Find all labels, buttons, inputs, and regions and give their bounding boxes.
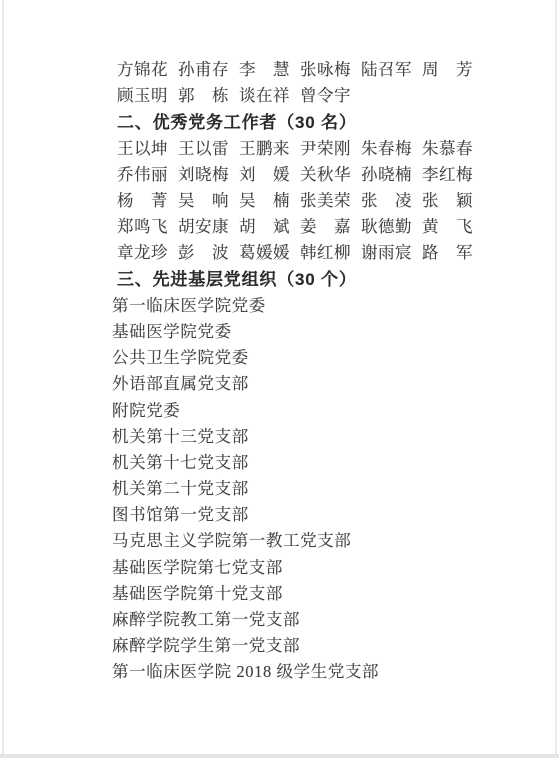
person-name: 路 军	[422, 239, 473, 263]
person-name: 王以雷	[178, 135, 229, 159]
person-name: 谢雨宸	[361, 239, 412, 263]
org-list-item: 机关第十七党支部	[112, 448, 517, 474]
org-list-item: 第一临床医学院党委	[112, 291, 517, 317]
name-row: 郑鸣飞 胡安康 胡 斌 姜 嘉 耿德勤 黄 飞	[117, 212, 517, 238]
document-page: 方锦花 孙甫存 李 慧 张咏梅 陆召军 周 芳 顾玉明 郭 栋 谈在祥 曾令宇 …	[0, 0, 559, 758]
org-list-item: 第一临床医学院 2018 级学生党支部	[112, 657, 517, 683]
person-name: 郑鸣飞	[117, 213, 168, 237]
person-name: 吴 楠	[239, 187, 290, 211]
person-name: 刘 媛	[239, 161, 290, 185]
org-list-item: 图书馆第一党支部	[112, 500, 517, 526]
person-name: 刘晓梅	[178, 161, 229, 185]
person-name: 张 凌	[361, 187, 412, 211]
person-name: 曾令宇	[300, 82, 351, 106]
person-name: 黄 飞	[422, 213, 473, 237]
org-list-item: 机关第十三党支部	[112, 422, 517, 448]
name-row: 章龙珍 彭 波 葛媛媛 韩红柳 谢雨宸 路 军	[117, 238, 517, 264]
name-row: 王以坤 王以雷 王鹏来 尹荣刚 朱春梅 朱慕春	[117, 134, 517, 160]
name-row: 杨 菁 吴 响 吴 楠 张美荣 张 凌 张 颖	[117, 186, 517, 212]
person-name: 谈在祥	[239, 82, 290, 106]
person-name: 郭 栋	[178, 82, 229, 106]
org-list-item: 机关第二十党支部	[112, 474, 517, 500]
name-row: 顾玉明 郭 栋 谈在祥 曾令宇	[117, 81, 517, 107]
person-name: 周 芳	[422, 56, 473, 80]
page-edge-left	[2, 0, 4, 758]
person-name: 耿德勤	[361, 213, 412, 237]
org-list-item: 基础医学院党委	[112, 317, 517, 343]
org-list-item: 马克思主义学院第一教工党支部	[112, 526, 517, 552]
org-list-item: 附院党委	[112, 395, 517, 421]
person-name: 吴 响	[178, 187, 229, 211]
org-list-item: 基础医学院第七党支部	[112, 553, 517, 579]
person-name: 胡安康	[178, 213, 229, 237]
person-name: 姜 嘉	[300, 213, 351, 237]
person-name: 葛媛媛	[239, 239, 290, 263]
document-content: 方锦花 孙甫存 李 慧 张咏梅 陆召军 周 芳 顾玉明 郭 栋 谈在祥 曾令宇 …	[117, 55, 517, 684]
person-name: 关秋华	[300, 161, 351, 185]
person-name: 朱慕春	[422, 135, 473, 159]
org-list-item: 基础医学院第十党支部	[112, 579, 517, 605]
person-name: 张美荣	[300, 187, 351, 211]
person-name: 胡 斌	[239, 213, 290, 237]
name-row: 乔伟丽 刘晓梅 刘 媛 关秋华 孙晓楠 李红梅	[117, 160, 517, 186]
person-name: 孙甫存	[178, 56, 229, 80]
section-heading-advanced-party-organizations: 三、先进基层党组织（30 个）	[117, 265, 517, 291]
person-name: 张 颖	[422, 187, 473, 211]
org-list-item: 外语部直属党支部	[112, 369, 517, 395]
person-name: 杨 菁	[117, 187, 168, 211]
org-list-item: 麻醉学院学生第一党支部	[112, 631, 517, 657]
person-name: 韩红柳	[300, 239, 351, 263]
person-name: 朱春梅	[361, 135, 412, 159]
person-name: 乔伟丽	[117, 161, 168, 185]
person-name: 孙晓楠	[361, 161, 412, 185]
org-list-item: 麻醉学院教工第一党支部	[112, 605, 517, 631]
page-edge-right	[555, 0, 557, 758]
person-name: 王以坤	[117, 135, 168, 159]
person-name: 王鹏来	[239, 135, 290, 159]
person-name: 彭 波	[178, 239, 229, 263]
person-name: 方锦花	[117, 56, 168, 80]
person-name: 尹荣刚	[300, 135, 351, 159]
page-bottom-gutter	[0, 754, 559, 758]
person-name: 李红梅	[422, 161, 473, 185]
person-name: 顾玉明	[117, 82, 168, 106]
person-name: 陆召军	[361, 56, 412, 80]
org-list-item: 公共卫生学院党委	[112, 343, 517, 369]
section-heading-outstanding-party-workers: 二、优秀党务工作者（30 名）	[117, 107, 517, 133]
name-row: 方锦花 孙甫存 李 慧 张咏梅 陆召军 周 芳	[117, 55, 517, 81]
person-name: 张咏梅	[300, 56, 351, 80]
person-name: 章龙珍	[117, 239, 168, 263]
person-name: 李 慧	[239, 56, 290, 80]
